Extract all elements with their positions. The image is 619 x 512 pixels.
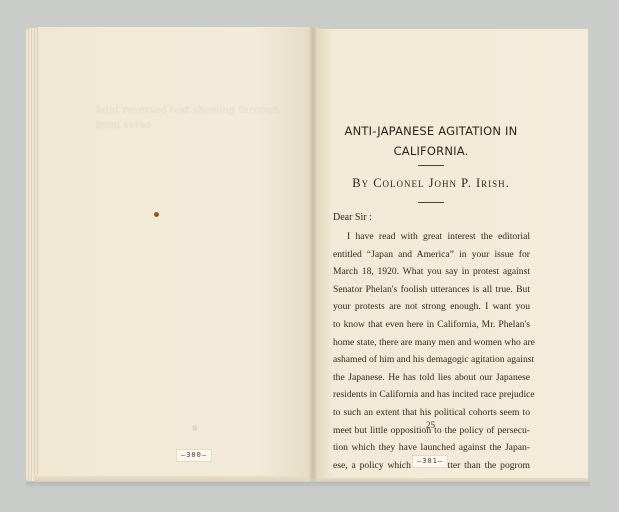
printed-page-number: 25 [426, 420, 435, 430]
body-line: to know that even here in California, Mr… [333, 316, 530, 334]
byline-divider [418, 202, 444, 203]
right-archive-page-label: —301— [412, 455, 448, 468]
body-line: March 18, 1920. What you say in protest … [333, 263, 530, 281]
byline: By Colonel John P. Irish. [330, 176, 532, 191]
body-line: to such an extent that his political coh… [333, 404, 530, 422]
left-archive-page-label: —300— [176, 449, 212, 462]
letter-body: I have read with great interest the edit… [333, 228, 530, 474]
body-line: the Japanese. He has told lies about our… [333, 369, 530, 387]
title-line-2: CALIFORNIA. [330, 141, 532, 161]
body-line: home state, there are many men and women… [333, 334, 530, 352]
title-divider [418, 165, 444, 166]
body-line: your protests are not strong enough. I w… [333, 298, 530, 316]
salutation: Dear Sir : [333, 212, 372, 223]
article-title: ANTI-JAPANESE AGITATION IN CALIFORNIA. [330, 121, 532, 161]
book-gutter [308, 27, 318, 479]
bleed-through-text: faint reversed text showing through from… [96, 103, 286, 133]
left-page [38, 27, 310, 476]
foxing-spot [154, 212, 159, 217]
body-line: ashamed of him and his demagogic agitati… [333, 351, 530, 369]
body-line: I have read with great interest the edit… [333, 228, 530, 246]
title-line-1: ANTI-JAPANESE AGITATION IN [330, 121, 532, 141]
faint-mark: ii [193, 425, 197, 432]
body-line: entitled “Japan and America” in your iss… [333, 246, 530, 264]
book-shadow [26, 482, 590, 488]
body-line: Senator Phelan's foolish utterances is a… [333, 281, 530, 299]
body-line: residents in California and has incited … [333, 386, 530, 404]
